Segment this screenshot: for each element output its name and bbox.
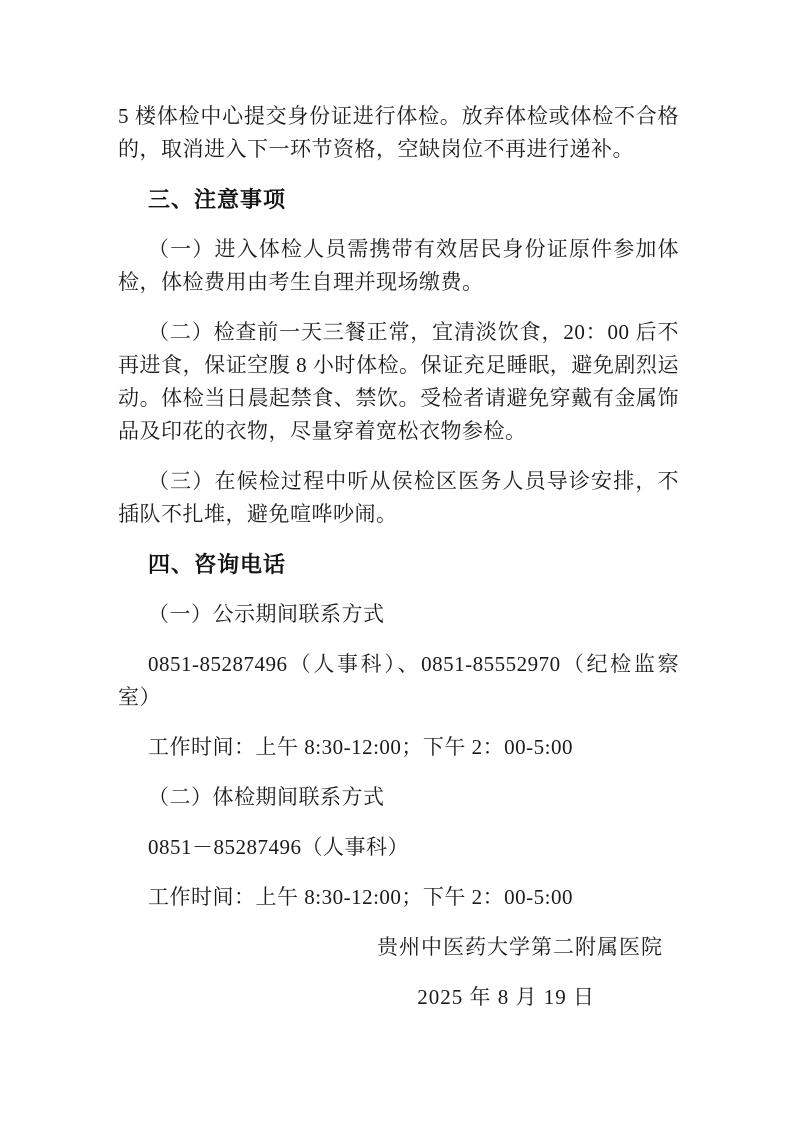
paragraph-note-2: （二）检查前一天三餐正常，宜清淡饮食，20：00 后不再进食，保证空腹 8 小时… [118, 316, 679, 448]
paragraph-contact-publicity-label: （一）公示期间联系方式 [118, 598, 679, 631]
signature-organization: 贵州中医药大学第二附属医院 [118, 931, 679, 964]
paragraph-contact-exam-phone: 0851－85287496（人事科） [118, 831, 679, 864]
section-heading-phone: 四、咨询电话 [118, 548, 679, 581]
signature-date: 2025 年 8 月 19 日 [118, 981, 679, 1014]
paragraph-working-hours-2: 工作时间：上午 8:30-12:00；下午 2：00-5:00 [118, 881, 679, 914]
paragraph-contact-exam-label: （二）体检期间联系方式 [118, 781, 679, 814]
paragraph-note-3: （三）在候检过程中听从侯检区医务人员导诊安排，不插队不扎堆，避免喧哗吵闹。 [118, 465, 679, 531]
paragraph-contact-publicity-phones: 0851-85287496（人事科）、0851-85552970（纪检监察室） [118, 648, 679, 714]
document-page: 5 楼体检中心提交身份证进行体检。放弃体检或体检不合格的，取消进入下一环节资格，… [0, 0, 793, 1122]
paragraph-continuation: 5 楼体检中心提交身份证进行体检。放弃体检或体检不合格的，取消进入下一环节资格，… [118, 100, 679, 166]
paragraph-working-hours-1: 工作时间：上午 8:30-12:00；下午 2：00-5:00 [118, 731, 679, 764]
paragraph-note-1: （一）进入体检人员需携带有效居民身份证原件参加体检，体检费用由考生自理并现场缴费… [118, 233, 679, 299]
section-heading-notes: 三、注意事项 [118, 183, 679, 216]
